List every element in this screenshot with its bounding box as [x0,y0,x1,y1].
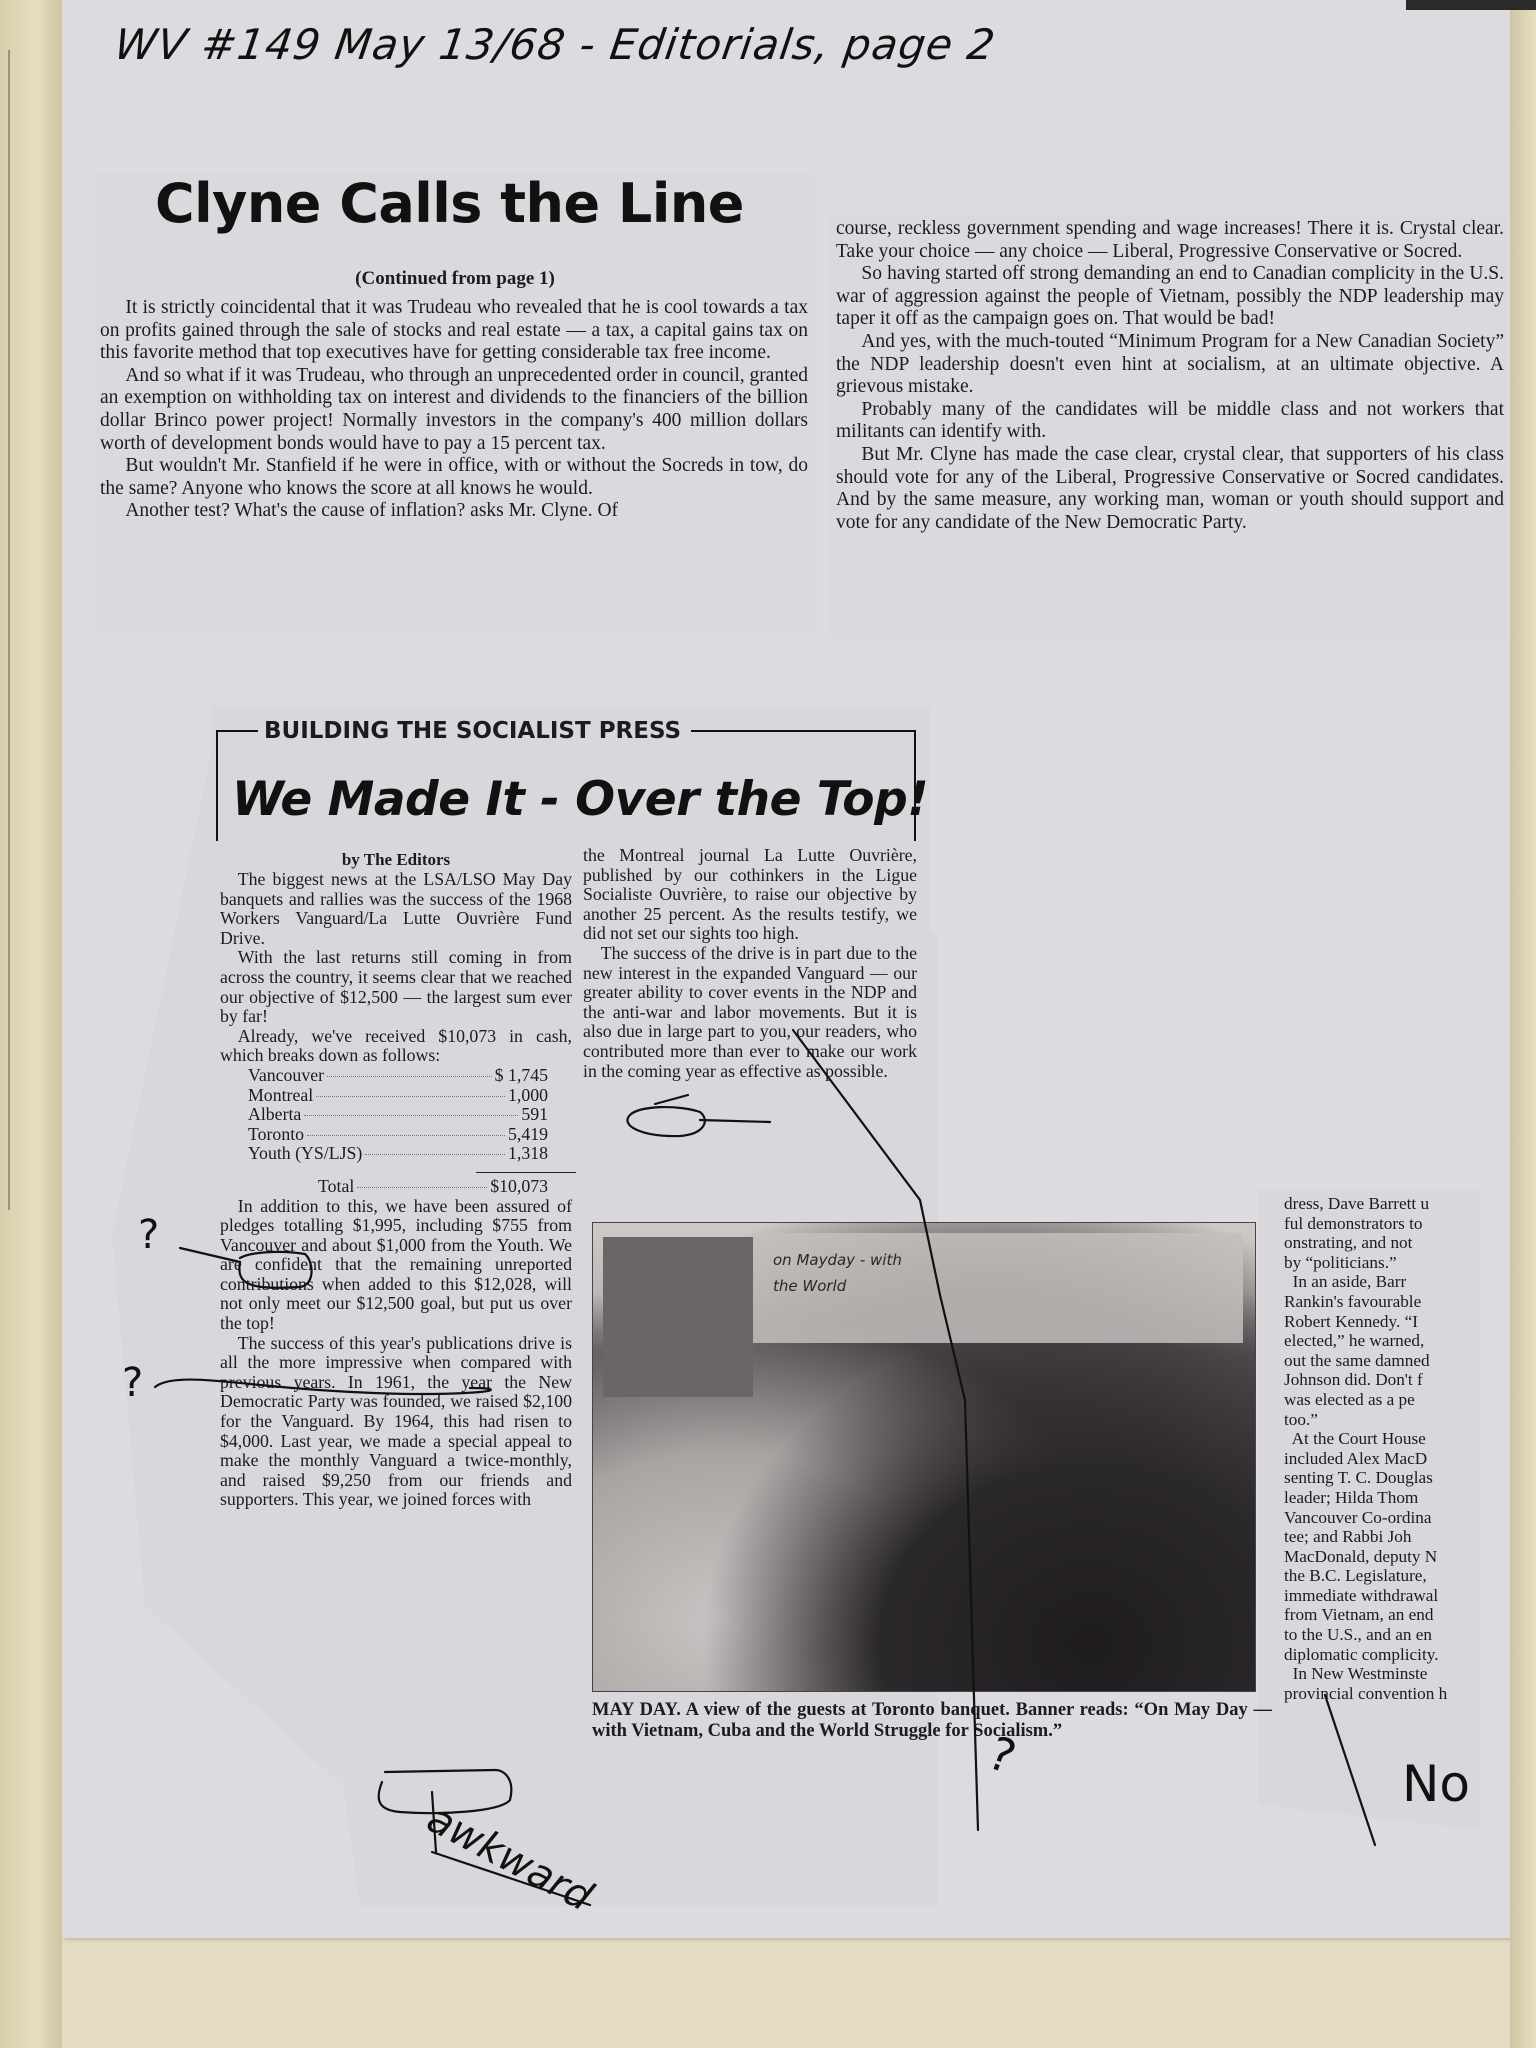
handwritten-question-mark: ? [122,1360,143,1406]
article1-column-1: It is strictly coincidental that it was … [100,297,808,523]
right-page-edge [1510,0,1536,2048]
article1-column-2: course, reckless government spending and… [836,218,1504,534]
photo-doorway [603,1237,753,1397]
section-kicker: BUILDING THE SOCIALIST PRESS [216,718,916,744]
rule [216,730,258,732]
byline: by The Editors [216,850,576,870]
article2-column-1: The biggest news at the LSA/LSO May Day … [220,870,572,1510]
total-rule [476,1172,576,1173]
box-border-left [216,731,218,841]
ledger-total: Total$10,073 [318,1177,548,1197]
kicker-text: BUILDING THE SOCIALIST PRESS [264,718,681,744]
paragraph: And so what if it was Trudeau, who throu… [100,365,808,455]
paragraph: The biggest news at the LSA/LSO May Day … [220,870,572,948]
paragraph: Probably many of the candidates will be … [836,399,1504,444]
handwritten-no: No [1402,1755,1470,1813]
continued-note: (Continued from page 1) [96,268,814,290]
headline-clyne: Clyne Calls the Line [155,172,744,235]
handwritten-page-label: WV #149 May 13/68 - Editorials, page 2 [112,20,999,69]
photo-banner-text: on Mayday - with the World [773,1247,902,1299]
photo-caption: MAY DAY. A view of the guests at Toronto… [592,1700,1272,1742]
fund-ledger: Vancouver$ 1,745 Montreal1,000 Alberta59… [248,1066,548,1197]
binder-margin [0,0,62,2048]
ledger-row: Alberta591 [248,1105,548,1125]
ledger-row: Youth (YS/LJS)1,318 [248,1144,548,1164]
binder-line [8,50,10,1210]
may-day-banquet-photo: on Mayday - with the World [592,1222,1256,1692]
paragraph: In addition to this, we have been assure… [220,1197,572,1334]
handwritten-question-mark: ? [138,1212,159,1258]
paragraph: The success of this year's publications … [220,1334,572,1510]
paragraph: And yes, with the much-touted “Minimum P… [836,331,1504,399]
paragraph: the Montreal journal La Lutte Ouvrière, … [583,846,917,944]
ledger-row: Toronto5,419 [248,1125,548,1145]
ledger-row: Vancouver$ 1,745 [248,1066,548,1086]
article2-column-2: the Montreal journal La Lutte Ouvrière, … [583,846,917,1081]
paragraph: But wouldn't Mr. Stanfield if he were in… [100,455,808,500]
paragraph: course, reckless government spending and… [836,218,1504,263]
paragraph: Another test? What's the cause of inflat… [100,500,808,523]
paragraph: Already, we've received $10,073 in cash,… [220,1027,572,1066]
ledger-row: Montreal1,000 [248,1086,548,1106]
paragraph: So having started off strong demanding a… [836,263,1504,331]
top-shadow [1406,0,1536,10]
article3-fragment: dress, Dave Barrett u ful demonstrators … [1284,1194,1474,1703]
rule [691,730,916,732]
paragraph: It is strictly coincidental that it was … [100,297,808,365]
paragraph: The success of the drive is in part due … [583,944,917,1081]
paragraph: With the last returns still coming in fr… [220,948,572,1026]
headline-over-the-top: We Made It - Over the Top! [232,772,928,827]
paragraph: But Mr. Clyne has made the case clear, c… [836,444,1504,534]
